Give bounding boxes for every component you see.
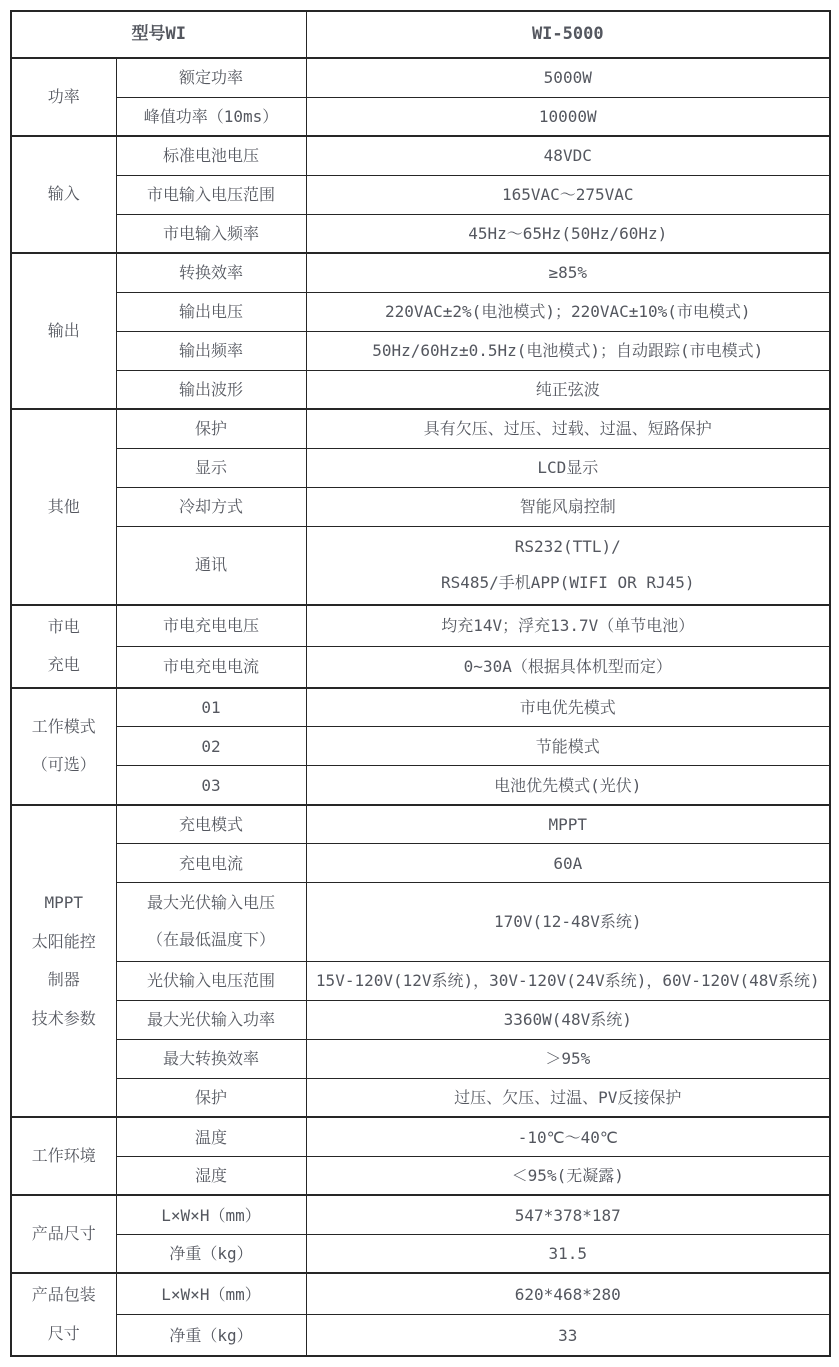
spec-row: 输出波形 纯正弦波 — [11, 370, 830, 409]
group-cell-other: 其他 — [11, 409, 116, 605]
param-cell: 温度 — [116, 1117, 306, 1156]
value-cell: 33 — [306, 1315, 830, 1356]
param-cell: 冷却方式 — [116, 487, 306, 526]
param-cell: 01 — [116, 688, 306, 727]
spec-row: 产品包装 尺寸 L×W×H（mm） 620*468*280 — [11, 1273, 830, 1314]
param-cell: L×W×H（mm） — [116, 1195, 306, 1234]
param-cell: 保护 — [116, 409, 306, 448]
spec-row: 03 电池优先模式(光伏) — [11, 766, 830, 805]
spec-row: 最大转换效率 ＞95% — [11, 1039, 830, 1078]
value-cell: 50Hz/60Hz±0.5Hz(电池模式)；自动跟踪(市电模式) — [306, 331, 830, 370]
param-cell: 标准电池电压 — [116, 136, 306, 175]
param-cell: 额定功率 — [116, 58, 306, 97]
group-cell-ac-charge: 市电 充电 — [11, 605, 116, 688]
spec-row: 产品尺寸 L×W×H（mm） 547*378*187 — [11, 1195, 830, 1234]
value-cell: 市电优先模式 — [306, 688, 830, 727]
value-cell: 具有欠压、过压、过载、过温、短路保护 — [306, 409, 830, 448]
spec-row: 功率 额定功率 5000W — [11, 58, 830, 97]
param-cell: 输出波形 — [116, 370, 306, 409]
value-cell: 15V-120V(12V系统)，30V-120V(24V系统)，60V-120V… — [306, 961, 830, 1000]
spec-row: 市电充电电流 0~30A（根据具体机型而定） — [11, 646, 830, 687]
param-cell: 市电输入频率 — [116, 214, 306, 253]
value-cell: 纯正弦波 — [306, 370, 830, 409]
param-cell: 净重（kg） — [116, 1315, 306, 1356]
spec-row: 工作环境 温度 -10℃～40℃ — [11, 1117, 830, 1156]
spec-row: 市电输入电压范围 165VAC～275VAC — [11, 175, 830, 214]
spec-row: 冷却方式 智能风扇控制 — [11, 487, 830, 526]
spec-row: 工作模式 （可选） 01 市电优先模式 — [11, 688, 830, 727]
group-cell-mppt: MPPT 太阳能控 制器 技术参数 — [11, 805, 116, 1118]
model-header-value: WI-5000 — [306, 11, 830, 58]
spec-row: 输出频率 50Hz/60Hz±0.5Hz(电池模式)；自动跟踪(市电模式) — [11, 331, 830, 370]
spec-row: 输出 转换效率 ≥85% — [11, 253, 830, 292]
param-cell: 通讯 — [116, 526, 306, 605]
spec-row: 最大光伏输入功率 3360W(48V系统) — [11, 1000, 830, 1039]
param-cell: 最大光伏输入功率 — [116, 1000, 306, 1039]
value-cell: 170V(12-48V系统) — [306, 883, 830, 962]
group-cell-output: 输出 — [11, 253, 116, 409]
value-cell: 节能模式 — [306, 727, 830, 766]
param-cell: 保护 — [116, 1078, 306, 1117]
value-cell: 547*378*187 — [306, 1195, 830, 1234]
group-cell-package-size: 产品包装 尺寸 — [11, 1273, 116, 1356]
param-cell: 转换效率 — [116, 253, 306, 292]
value-cell: 0~30A（根据具体机型而定） — [306, 646, 830, 687]
param-cell: 市电充电电流 — [116, 646, 306, 687]
spec-row: 市电输入频率 45Hz～65Hz(50Hz/60Hz) — [11, 214, 830, 253]
spec-row: 峰值功率（10ms） 10000W — [11, 97, 830, 136]
spec-row: 市电 充电 市电充电电压 均充14V；浮充13.7V（单节电池） — [11, 605, 830, 646]
spec-row: 净重（kg） 33 — [11, 1315, 830, 1356]
value-cell: RS232(TTL)/ RS485/手机APP(WIFI OR RJ45) — [306, 526, 830, 605]
value-cell: 10000W — [306, 97, 830, 136]
spec-row: 湿度 ＜95%(无凝露) — [11, 1156, 830, 1195]
group-cell-power: 功率 — [11, 58, 116, 136]
value-cell: 过压、欠压、过温、PV反接保护 — [306, 1078, 830, 1117]
value-cell: 智能风扇控制 — [306, 487, 830, 526]
spec-row: 最大光伏输入电压 （在最低温度下） 170V(12-48V系统) — [11, 883, 830, 962]
header-row: 型号WI WI-5000 — [11, 11, 830, 58]
spec-row: 通讯 RS232(TTL)/ RS485/手机APP(WIFI OR RJ45) — [11, 526, 830, 605]
param-cell: 输出频率 — [116, 331, 306, 370]
spec-row: 其他 保护 具有欠压、过压、过载、过温、短路保护 — [11, 409, 830, 448]
spec-row: 光伏输入电压范围 15V-120V(12V系统)，30V-120V(24V系统)… — [11, 961, 830, 1000]
param-cell: 充电电流 — [116, 844, 306, 883]
param-cell: 湿度 — [116, 1156, 306, 1195]
value-cell: ≥85% — [306, 253, 830, 292]
value-cell: ＞95% — [306, 1039, 830, 1078]
param-cell: 最大转换效率 — [116, 1039, 306, 1078]
value-cell: 60A — [306, 844, 830, 883]
param-cell: 光伏输入电压范围 — [116, 961, 306, 1000]
spec-row: 输入 标准电池电压 48VDC — [11, 136, 830, 175]
param-cell: L×W×H（mm） — [116, 1273, 306, 1314]
param-cell: 03 — [116, 766, 306, 805]
spec-row: 显示 LCD显示 — [11, 448, 830, 487]
spec-row: 02 节能模式 — [11, 727, 830, 766]
value-cell: 均充14V；浮充13.7V（单节电池） — [306, 605, 830, 646]
value-cell: 48VDC — [306, 136, 830, 175]
value-cell: 220VAC±2%(电池模式)；220VAC±10%(市电模式) — [306, 292, 830, 331]
value-cell: MPPT — [306, 805, 830, 844]
param-cell: 充电模式 — [116, 805, 306, 844]
param-cell: 峰值功率（10ms） — [116, 97, 306, 136]
param-cell: 输出电压 — [116, 292, 306, 331]
value-cell: 165VAC～275VAC — [306, 175, 830, 214]
spec-row: 净重（kg） 31.5 — [11, 1234, 830, 1273]
spec-row: 充电电流 60A — [11, 844, 830, 883]
group-cell-work-mode: 工作模式 （可选） — [11, 688, 116, 805]
spec-row: 保护 过压、欠压、过温、PV反接保护 — [11, 1078, 830, 1117]
param-cell: 最大光伏输入电压 （在最低温度下） — [116, 883, 306, 962]
param-cell: 02 — [116, 727, 306, 766]
value-cell: 电池优先模式(光伏) — [306, 766, 830, 805]
value-cell: 45Hz～65Hz(50Hz/60Hz) — [306, 214, 830, 253]
value-cell: 5000W — [306, 58, 830, 97]
param-cell: 市电输入电压范围 — [116, 175, 306, 214]
value-cell: 31.5 — [306, 1234, 830, 1273]
group-cell-input: 输入 — [11, 136, 116, 253]
param-cell: 净重（kg） — [116, 1234, 306, 1273]
spec-row: 输出电压 220VAC±2%(电池模式)；220VAC±10%(市电模式) — [11, 292, 830, 331]
value-cell: 620*468*280 — [306, 1273, 830, 1314]
param-cell: 显示 — [116, 448, 306, 487]
value-cell: -10℃～40℃ — [306, 1117, 830, 1156]
param-cell: 市电充电电压 — [116, 605, 306, 646]
value-cell: 3360W(48V系统) — [306, 1000, 830, 1039]
group-cell-product-size: 产品尺寸 — [11, 1195, 116, 1273]
spec-table: 型号WI WI-5000 功率 额定功率 5000W 峰值功率（10ms） 10… — [10, 10, 831, 1357]
value-cell: ＜95%(无凝露) — [306, 1156, 830, 1195]
model-header-label: 型号WI — [11, 11, 306, 58]
value-cell: LCD显示 — [306, 448, 830, 487]
spec-row: MPPT 太阳能控 制器 技术参数 充电模式 MPPT — [11, 805, 830, 844]
group-cell-environment: 工作环境 — [11, 1117, 116, 1195]
